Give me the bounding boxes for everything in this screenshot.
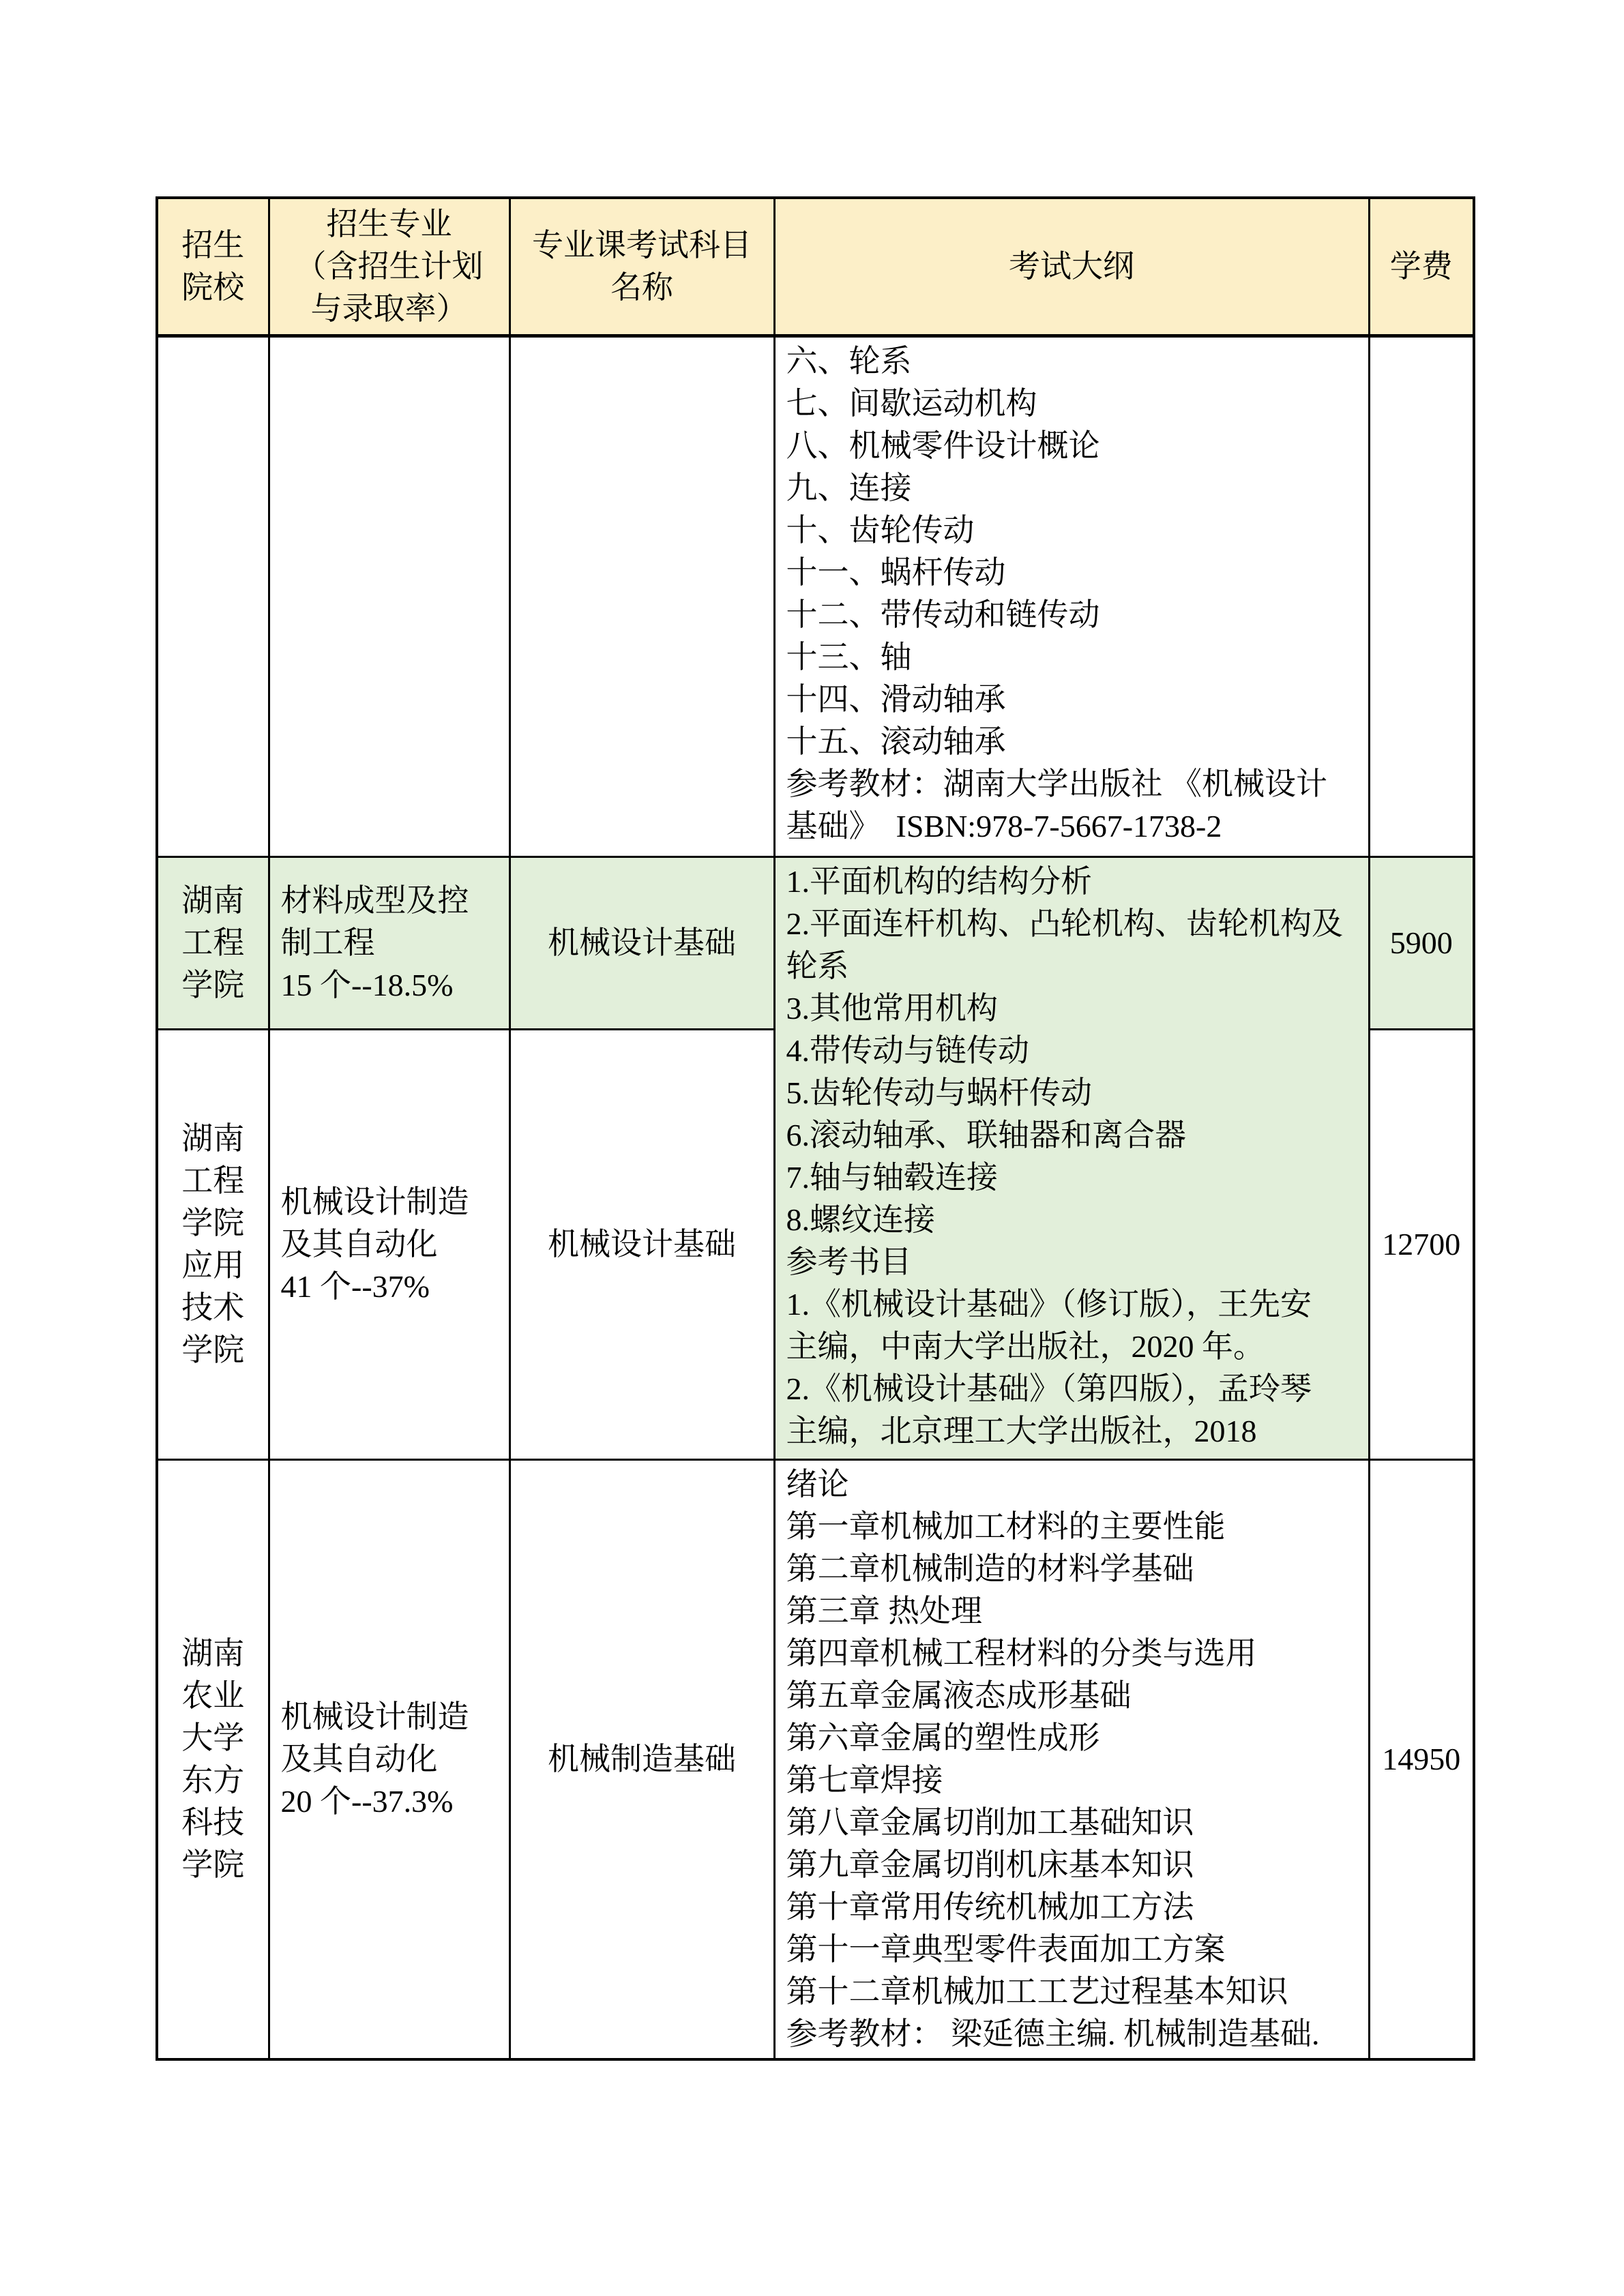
school-cell: 湖南工程学院应用技术学院 xyxy=(157,1029,269,1459)
tuition-cell-empty xyxy=(1369,336,1474,856)
tuition-cell: 14950 xyxy=(1369,1459,1474,2059)
header-subject: 专业课考试科目名称 xyxy=(510,198,774,336)
tuition-cell: 12700 xyxy=(1369,1029,1474,1459)
table-row-hunan-agri-orient-science: 湖南农业大学东方科技学院 机械设计制造及其自动化20 个--37.3% 机械制造… xyxy=(157,1459,1474,2059)
subject-cell: 机械制造基础 xyxy=(510,1459,774,2059)
major-cell-empty xyxy=(269,336,510,856)
major-cell: 机械设计制造及其自动化20 个--37.3% xyxy=(269,1459,510,2059)
school-cell-empty xyxy=(157,336,269,856)
table-row-hunan-engineering: 湖南工程学院 材料成型及控制工程15 个--18.5% 机械设计基础 1.平面机… xyxy=(157,856,1474,1029)
header-school: 招生院校 xyxy=(157,198,269,336)
school-cell: 湖南农业大学东方科技学院 xyxy=(157,1459,269,2059)
major-cell: 材料成型及控制工程15 个--18.5% xyxy=(269,856,510,1029)
subject-cell-empty xyxy=(510,336,774,856)
tuition-cell: 5900 xyxy=(1369,856,1474,1029)
table-header-row: 招生院校 招生专业（含招生计划与录取率） 专业课考试科目名称 考试大纲 学费 xyxy=(157,198,1474,336)
subject-cell: 机械设计基础 xyxy=(510,1029,774,1459)
subject-cell: 机械设计基础 xyxy=(510,856,774,1029)
header-major: 招生专业（含招生计划与录取率） xyxy=(269,198,510,336)
outline-cell-continuation: 六、轮系七、间歇运动机构八、机械零件设计概论九、连接十、齿轮传动十一、蜗杆传动十… xyxy=(774,336,1369,856)
outline-cell: 绪论第一章机械加工材料的主要性能第二章机械制造的材料学基础第三章 热处理第四章机… xyxy=(774,1459,1369,2059)
table-row-continuation: 六、轮系七、间歇运动机构八、机械零件设计概论九、连接十、齿轮传动十一、蜗杆传动十… xyxy=(157,336,1474,856)
document-page: 招生院校 招生专业（含招生计划与录取率） 专业课考试科目名称 考试大纲 学费 六… xyxy=(0,0,1624,2296)
header-tuition: 学费 xyxy=(1369,198,1474,336)
header-outline: 考试大纲 xyxy=(774,198,1369,336)
school-cell: 湖南工程学院 xyxy=(157,856,269,1029)
outline-cell-merged: 1.平面机构的结构分析2.平面连杆机构、凸轮机构、齿轮机构及轮系3.其他常用机构… xyxy=(774,856,1369,1459)
admissions-exam-table: 招生院校 招生专业（含招生计划与录取率） 专业课考试科目名称 考试大纲 学费 六… xyxy=(156,196,1475,2061)
major-cell: 机械设计制造及其自动化41 个--37% xyxy=(269,1029,510,1459)
